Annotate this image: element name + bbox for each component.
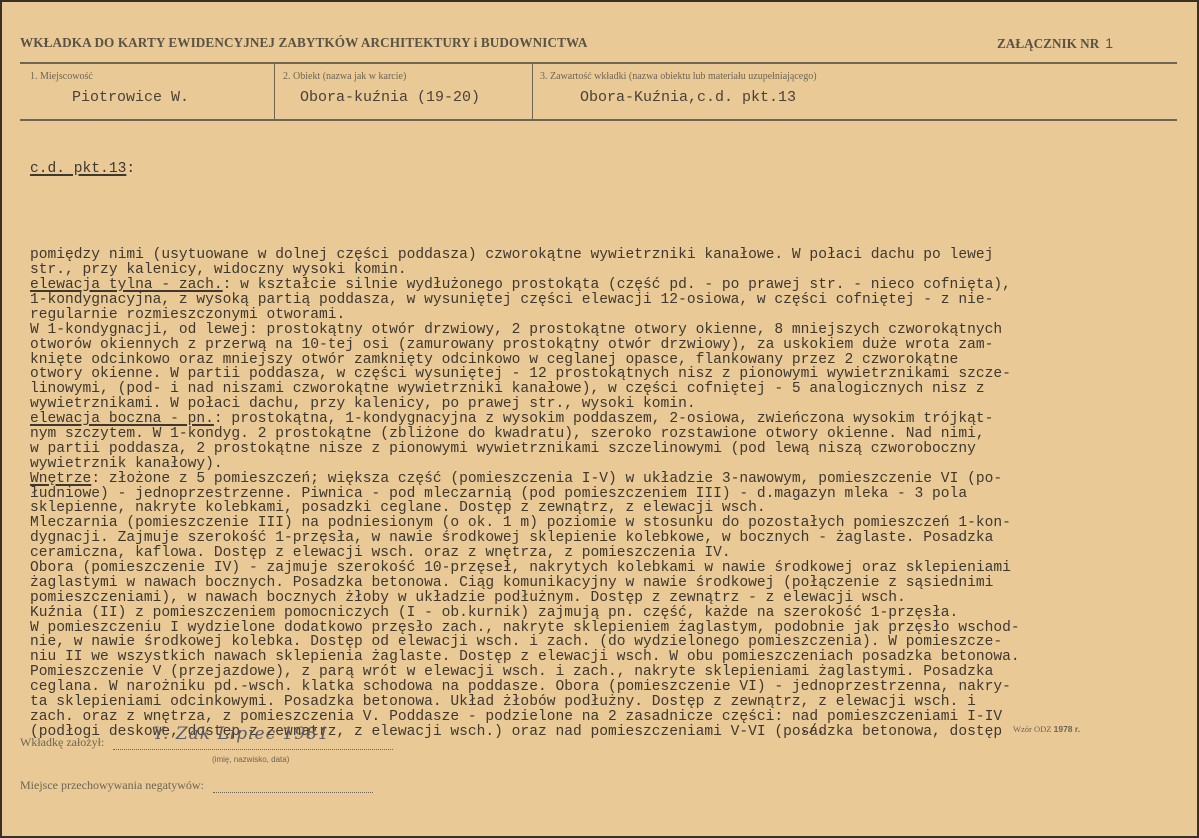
author-label: Wkładkę założył: bbox=[20, 735, 104, 749]
field-label-object: 2. Obiekt (nazwa jak w karcie) bbox=[283, 71, 406, 82]
body-line: 1-kondygnacyjna, z wysoką partią poddasz… bbox=[30, 293, 1199, 308]
body-line: otwory okienne. W partii poddasza, w czę… bbox=[30, 367, 1199, 382]
body-line: wywietrznikami. W połaci dachu, przy kal… bbox=[30, 397, 1199, 412]
continued-mark: ./. bbox=[800, 722, 825, 738]
body-line: wywietrznik kanałowy). bbox=[30, 457, 1199, 472]
author-caption: (imię, nazwisko, data) bbox=[212, 755, 289, 764]
header-rule-top bbox=[20, 62, 1177, 64]
annex-number: 1 bbox=[1105, 35, 1113, 51]
field-divider bbox=[274, 64, 275, 119]
annex-label-text: ZAŁĄCZNIK NR bbox=[997, 36, 1099, 51]
body-line: str., przy kalenicy, widoczny wysoki kom… bbox=[30, 263, 1199, 278]
body-line: nym szczytem. W 1-kondyg. 2 prostokątne … bbox=[30, 427, 1199, 442]
underlined-term: elewacja tylna - zach. bbox=[30, 277, 223, 293]
body-line: linowymi, (pod- i nad niszami czworokątn… bbox=[30, 382, 1199, 397]
body-line: ceglana. W narożniku pd.-wsch. klatka sc… bbox=[30, 680, 1199, 695]
body-line: nie, w nawie środkowej kolebka. Dostęp o… bbox=[30, 635, 1199, 650]
field-value-contents: Obora-Kuźnia,c.d. pkt.13 bbox=[580, 89, 796, 106]
field-value-locality: Piotrowice W. bbox=[72, 89, 189, 106]
body-line: ceramiczna, kaflowa. Dostęp z elewacji w… bbox=[30, 546, 1199, 561]
pattern-note: Wzór ODZ 1978 r. bbox=[1013, 724, 1080, 734]
negatives-line bbox=[213, 792, 373, 793]
body-line: Obora (pomieszczenie IV) - zajmuje szero… bbox=[30, 561, 1199, 576]
body-line: W pomieszczeniu I wydzielone dodatkowo p… bbox=[30, 621, 1199, 636]
body-line: Wnętrze: złożone z 5 pomieszczeń; większ… bbox=[30, 472, 1199, 487]
body-line: ta sklepieniami odcinkowymi. Posadzka be… bbox=[30, 695, 1199, 710]
body-line: pomiędzy nimi (usytuowane w dolnej częśc… bbox=[30, 248, 1199, 263]
body-line: łudniowe) - jednoprzestrzenne. Piwnica -… bbox=[30, 487, 1199, 502]
section-heading: c.d. pkt.13: bbox=[30, 162, 1199, 177]
author-line bbox=[113, 749, 393, 750]
body-line: Kuźnia (II) z pomieszczeniem pomocniczyc… bbox=[30, 606, 1199, 621]
author-signature: Y. Zak Lipiec 1981 bbox=[153, 724, 330, 744]
annex-label: ZAŁĄCZNIK NR1 bbox=[997, 35, 1113, 52]
typed-description: c.d. pkt.13: pomiędzy nimi (usytuowane w… bbox=[30, 132, 1199, 770]
body-line: pomieszczeniami), w nawach bocznych żłob… bbox=[30, 591, 1199, 606]
field-value-object: Obora-kuźnia (19-20) bbox=[300, 89, 480, 106]
negatives-label: Miejsce przechowywania negatywów: bbox=[20, 778, 204, 792]
body-line: żaglastymi w nawach bocznych. Posadzka b… bbox=[30, 576, 1199, 591]
field-divider bbox=[532, 64, 533, 119]
heading-text: c.d. pkt.13 bbox=[30, 161, 126, 177]
body-line: w partii poddasza, 2 prostokątne nisze z… bbox=[30, 442, 1199, 457]
underlined-term: elewacja boczna - pn. bbox=[30, 411, 214, 427]
body-lines: pomiędzy nimi (usytuowane w dolnej częśc… bbox=[30, 248, 1199, 739]
document-page: WKŁADKA DO KARTY EWIDENCYJNEJ ZABYTKÓW A… bbox=[0, 0, 1199, 838]
body-line: zach. oraz z wnętrza, z pomieszczenia V.… bbox=[30, 710, 1199, 725]
header-rule-bottom bbox=[20, 119, 1177, 121]
body-line: otworów okiennych z przerwą na 10-tej os… bbox=[30, 338, 1199, 353]
field-label-contents: 3. Zawartość wkładki (nazwa obiektu lub … bbox=[540, 71, 817, 82]
underlined-term: Wnętrze bbox=[30, 471, 91, 487]
body-line: Pomieszczenie V (przejazdowe), z parą wr… bbox=[30, 665, 1199, 680]
body-line: dygnacji. Zajmuje szerokość 1-przęsła, w… bbox=[30, 531, 1199, 546]
field-label-locality: 1. Miejscowość bbox=[30, 71, 93, 82]
body-line: Mleczarnia (pomieszczenie III) na podnie… bbox=[30, 516, 1199, 531]
body-line: W 1-kondygnacji, od lewej: prostokątny o… bbox=[30, 323, 1199, 338]
negatives-row: Miejsce przechowywania negatywów: bbox=[20, 778, 373, 793]
body-line: elewacja boczna - pn.: prostokątna, 1-ko… bbox=[30, 412, 1199, 427]
body-line: elewacja tylna - zach.: w kształcie siln… bbox=[30, 278, 1199, 293]
body-line: sklepienne, nakryte kolebkami, posadzki … bbox=[30, 501, 1199, 516]
form-title: WKŁADKA DO KARTY EWIDENCYJNEJ ZABYTKÓW A… bbox=[20, 35, 587, 51]
body-line: regularnie rozmieszczonymi otworami. bbox=[30, 308, 1199, 323]
body-line: niu II we wszystkich nawach sklepienia ż… bbox=[30, 650, 1199, 665]
body-line: knięte odcinkowo oraz mniejszy otwór zam… bbox=[30, 353, 1199, 368]
